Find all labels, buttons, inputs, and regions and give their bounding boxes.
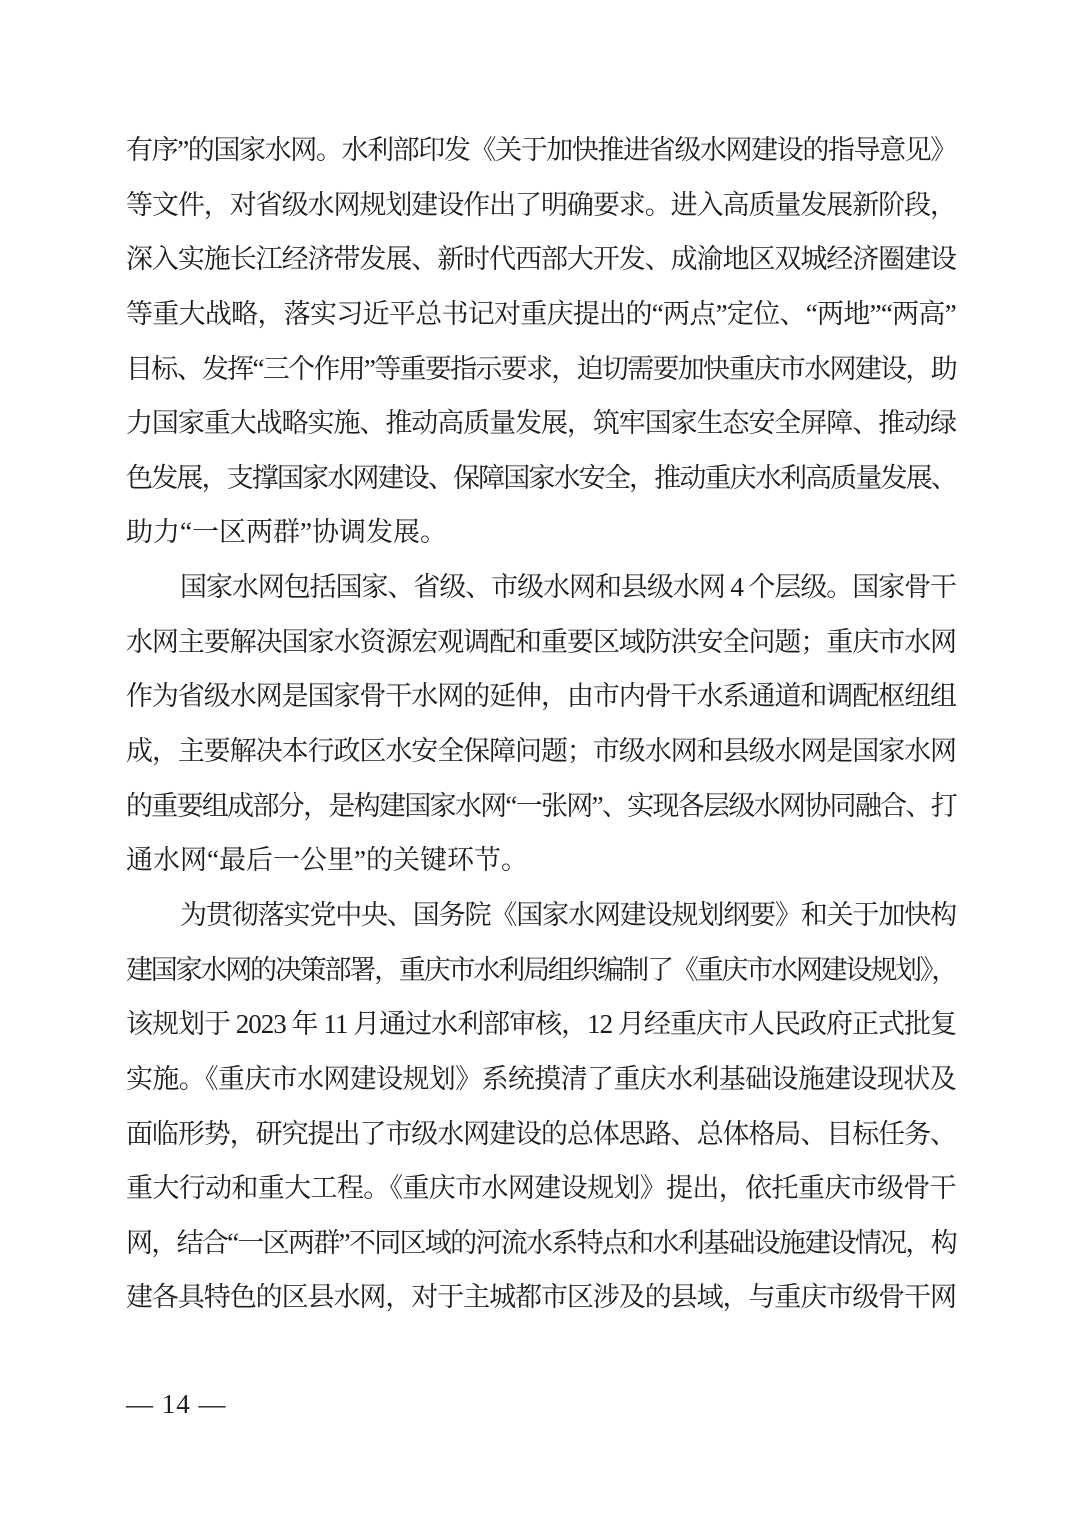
text-line-content: 等文件，对省级水网规划建设作出了明确要求。进入高质量发展新阶段， [126, 178, 956, 233]
text-line: 实施。《重庆市水网建设规划》系统摸清了重庆水利基础设施建设现状及 [126, 1052, 956, 1107]
text-line-content: 通水网“最后一公里”的关键环节。 [126, 833, 528, 888]
text-line: 作为省级水网是国家骨干水网的延伸，由市内骨干水系通道和调配枢纽组 [126, 669, 956, 724]
text-line-content: 作为省级水网是国家骨干水网的延伸，由市内骨干水系通道和调配枢纽组 [126, 669, 956, 724]
text-line-content: 该规划于 2023 年 11 月通过水利部审核，12 月经重庆市人民政府正式批复 [126, 997, 956, 1052]
text-line: 国家水网包括国家、省级、市级水网和县级水网 4 个层级。国家骨干 [126, 560, 956, 615]
text-line-content: 成，主要解决本行政区水安全保障问题；市级水网和县级水网是国家水网 [126, 724, 956, 779]
text-line: 建各具特色的区县水网，对于主城都市区涉及的县域，与重庆市级骨干网 [126, 1270, 956, 1325]
text-line-content: 建国家水网的决策部署，重庆市水利局组织编制了《重庆市水网建设规划》， [126, 943, 956, 998]
text-line-content: 目标、发挥“三个作用”等重要指示要求，迫切需要加快重庆市水网建设，助 [126, 342, 956, 397]
text-line: 为贯彻落实党中央、国务院《国家水网建设规划纲要》和关于加快构 [126, 888, 956, 943]
text-line: 力国家重大战略实施、推动高质量发展，筑牢国家生态安全屏障、推动绿 [126, 396, 956, 451]
text-line: 等重大战略，落实习近平总书记对重庆提出的“两点”定位、“两地”“两高” [126, 287, 956, 342]
page-number: — 14 — [126, 1389, 227, 1419]
document-page: 有序”的国家水网。水利部印发《关于加快推进省级水网建设的指导意见》等文件，对省级… [0, 0, 1074, 1520]
text-line-content: 色发展，支撑国家水网建设、保障国家水安全，推动重庆水利高质量发展、 [126, 451, 956, 506]
text-line: 成，主要解决本行政区水安全保障问题；市级水网和县级水网是国家水网 [126, 724, 956, 779]
text-line-content: 深入实施长江经济带发展、新时代西部大开发、成渝地区双城经济圈建设 [126, 232, 956, 287]
paragraph: 为贯彻落实党中央、国务院《国家水网建设规划纲要》和关于加快构建国家水网的决策部署… [126, 888, 956, 1325]
text-line-content: 面临形势，研究提出了市级水网建设的总体思路、总体格局、目标任务、 [126, 1107, 956, 1162]
text-line-content: 水网主要解决国家水资源宏观调配和重要区域防洪安全问题；重庆市水网 [126, 615, 956, 670]
text-line-content: 为贯彻落实党中央、国务院《国家水网建设规划纲要》和关于加快构 [180, 888, 956, 943]
text-line: 网，结合“一区两群”不同区域的河流水系特点和水利基础设施建设情况，构 [126, 1216, 956, 1271]
text-line: 助力“一区两群”协调发展。 [126, 505, 956, 560]
document-body: 有序”的国家水网。水利部印发《关于加快推进省级水网建设的指导意见》等文件，对省级… [126, 123, 956, 1325]
text-line-content: 重大行动和重大工程。《重庆市水网建设规划》提出，依托重庆市级骨干 [126, 1161, 956, 1216]
text-line: 重大行动和重大工程。《重庆市水网建设规划》提出，依托重庆市级骨干 [126, 1161, 956, 1216]
text-line: 水网主要解决国家水资源宏观调配和重要区域防洪安全问题；重庆市水网 [126, 615, 956, 670]
page-footer: — 14 — [126, 1384, 227, 1424]
text-line: 深入实施长江经济带发展、新时代西部大开发、成渝地区双城经济圈建设 [126, 232, 956, 287]
text-line-content: 实施。《重庆市水网建设规划》系统摸清了重庆水利基础设施建设现状及 [126, 1052, 956, 1107]
text-line-content: 助力“一区两群”协调发展。 [126, 505, 447, 560]
text-line-content: 国家水网包括国家、省级、市级水网和县级水网 4 个层级。国家骨干 [180, 560, 956, 615]
text-line: 等文件，对省级水网规划建设作出了明确要求。进入高质量发展新阶段， [126, 178, 956, 233]
text-line: 面临形势，研究提出了市级水网建设的总体思路、总体格局、目标任务、 [126, 1107, 956, 1162]
text-line-content: 力国家重大战略实施、推动高质量发展，筑牢国家生态安全屏障、推动绿 [126, 396, 956, 451]
text-line: 色发展，支撑国家水网建设、保障国家水安全，推动重庆水利高质量发展、 [126, 451, 956, 506]
text-line: 的重要组成部分，是构建国家水网“一张网”、实现各层级水网协同融合、打 [126, 779, 956, 834]
text-line: 目标、发挥“三个作用”等重要指示要求，迫切需要加快重庆市水网建设，助 [126, 342, 956, 397]
text-line: 该规划于 2023 年 11 月通过水利部审核，12 月经重庆市人民政府正式批复 [126, 997, 956, 1052]
text-line-content: 有序”的国家水网。水利部印发《关于加快推进省级水网建设的指导意见》 [126, 123, 956, 178]
text-line-content: 网，结合“一区两群”不同区域的河流水系特点和水利基础设施建设情况，构 [126, 1216, 956, 1271]
text-line: 建国家水网的决策部署，重庆市水利局组织编制了《重庆市水网建设规划》， [126, 943, 956, 998]
text-line: 有序”的国家水网。水利部印发《关于加快推进省级水网建设的指导意见》 [126, 123, 956, 178]
text-line-content: 的重要组成部分，是构建国家水网“一张网”、实现各层级水网协同融合、打 [126, 779, 956, 834]
text-line: 通水网“最后一公里”的关键环节。 [126, 833, 956, 888]
text-line-content: 等重大战略，落实习近平总书记对重庆提出的“两点”定位、“两地”“两高” [126, 287, 956, 342]
paragraph: 有序”的国家水网。水利部印发《关于加快推进省级水网建设的指导意见》等文件，对省级… [126, 123, 956, 560]
text-line-content: 建各具特色的区县水网，对于主城都市区涉及的县域，与重庆市级骨干网 [126, 1270, 956, 1325]
paragraph: 国家水网包括国家、省级、市级水网和县级水网 4 个层级。国家骨干水网主要解决国家… [126, 560, 956, 888]
